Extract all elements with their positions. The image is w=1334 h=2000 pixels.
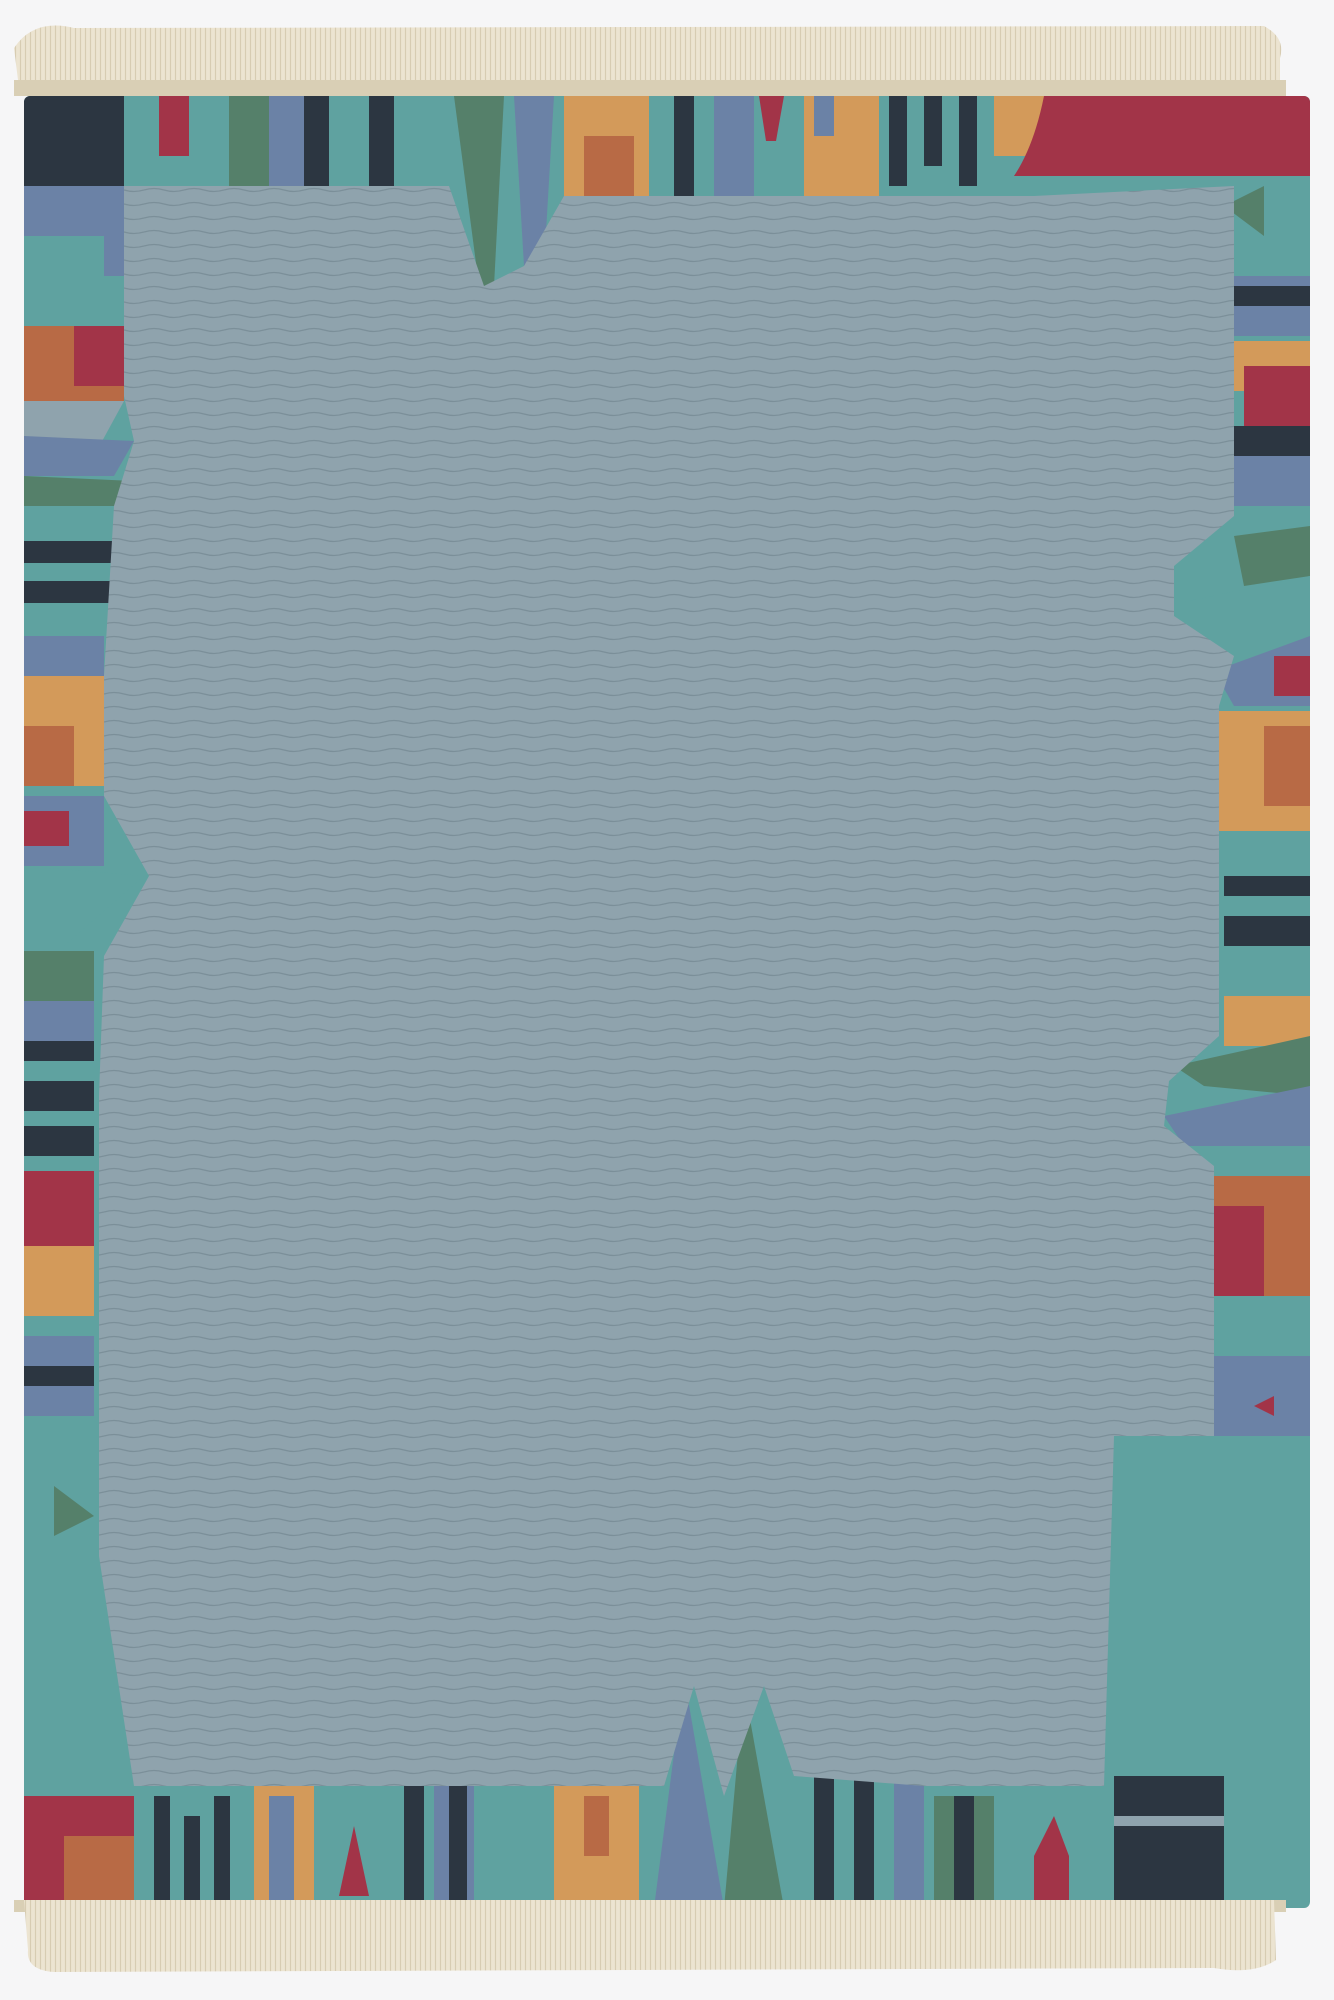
rug (24, 96, 1310, 1908)
top-fringe (14, 18, 1286, 96)
bottom-fringe (14, 1900, 1286, 1978)
